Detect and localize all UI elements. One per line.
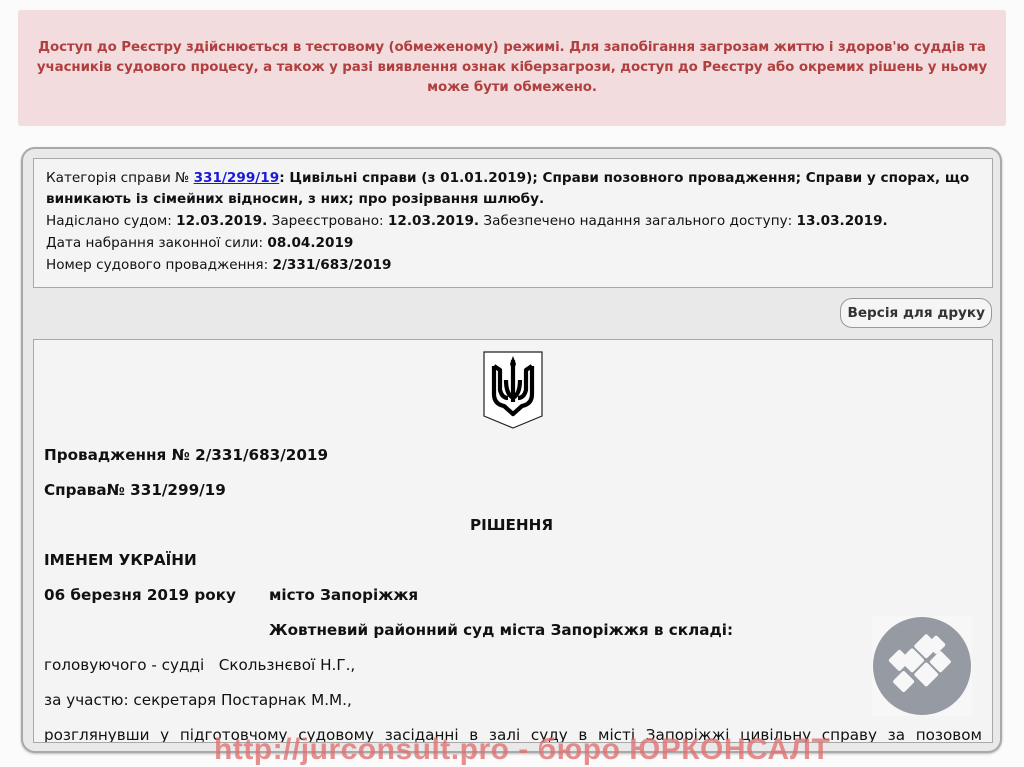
print-version-button[interactable]: Версія для друку xyxy=(840,298,992,328)
court-name: Жовтневий районний суд міста Запоріжжя в… xyxy=(269,621,733,639)
decision-title: РІШЕННЯ xyxy=(470,516,553,534)
decision-document: Провадження № 2/331/683/2019 Справа№ 331… xyxy=(33,339,993,743)
case-number-link[interactable]: 331/299/19 xyxy=(194,170,280,186)
proceeding-number: Номер судового провадження: 2/331/683/20… xyxy=(46,254,980,276)
case-line: Справа№ 331/299/19 xyxy=(44,481,226,499)
case-category: Категорія справи № 331/299/19: Цивільні … xyxy=(46,168,980,210)
effective-date: Дата набрання законної сили: 08.04.2019 xyxy=(46,232,980,254)
registry-notice-text: Доступ до Реєстру здійснюється в тестово… xyxy=(34,38,990,98)
puzzle-badge-icon xyxy=(872,616,972,716)
ukraine-trident-emblem-icon xyxy=(482,350,544,430)
decision-panel: Категорія справи № 331/299/19: Цивільні … xyxy=(21,147,1002,753)
case-metadata: Категорія справи № 331/299/19: Цивільні … xyxy=(33,158,993,288)
presiding-judge: головуючого - судді Скользнєвої Н.Г., xyxy=(44,656,355,674)
case-dates: Надіслано судом: 12.03.2019. Зареєстрова… xyxy=(46,210,980,232)
body-text: розглянувши у підготовчому судовому засі… xyxy=(44,726,982,743)
proceeding-line: Провадження № 2/331/683/2019 xyxy=(44,446,328,464)
secretary: за участю: секретаря Постарнак М.М., xyxy=(44,691,352,709)
registry-notice-banner: Доступ до Реєстру здійснюється в тестово… xyxy=(18,10,1006,126)
in-name-of-ukraine: ІМЕНЕМ УКРАЇНИ xyxy=(44,551,197,569)
decision-date: 06 березня 2019 року xyxy=(44,586,236,604)
puzzle-badge[interactable] xyxy=(872,616,972,716)
decision-city: місто Запоріжжя xyxy=(269,586,418,604)
